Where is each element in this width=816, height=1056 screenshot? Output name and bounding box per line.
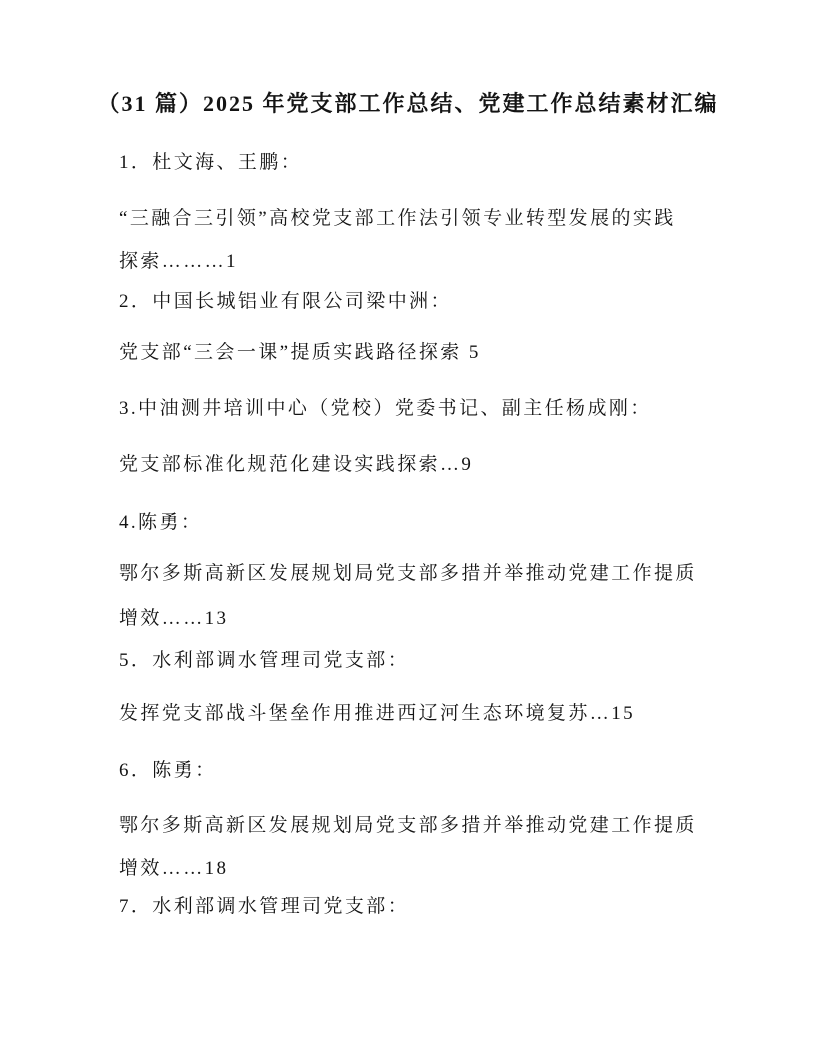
toc-heading-3: 3.中油测井培训中心（党校）党委书记、副主任杨成刚：	[119, 396, 652, 422]
toc-title-3: 党支部标准化规范化建设实践探索…9	[119, 452, 473, 478]
toc-title-5: 发挥党支部战斗堡垒作用推进西辽河生态环境复苏…15	[119, 701, 635, 727]
toc-title-6-line-2: 增效……18	[119, 856, 228, 882]
document-page: （31 篇）2025 年党支部工作总结、党建工作总结素材汇编 1．杜文海、王鹏：…	[0, 0, 816, 1056]
toc-title-4-line-2: 增效……13	[119, 606, 228, 632]
toc-title-4-line-1: 鄂尔多斯高新区发展规划局党支部多措并举推动党建工作提质	[119, 561, 697, 587]
toc-heading-4: 4.陈勇：	[119, 510, 202, 536]
toc-heading-1: 1．杜文海、王鹏：	[119, 150, 302, 176]
toc-title-6-line-1: 鄂尔多斯高新区发展规划局党支部多措并举推动党建工作提质	[119, 813, 697, 839]
toc-title-2: 党支部“三会一课”提质实践路径探索 5	[119, 340, 481, 366]
toc-title-1-line-2: 探索………1	[119, 249, 238, 275]
toc-heading-5: 5．水利部调水管理司党支部：	[119, 648, 409, 674]
toc-title-1-line-1: “三融合三引领”高校党支部工作法引领专业转型发展的实践	[119, 206, 676, 232]
toc-heading-7: 7．水利部调水管理司党支部：	[119, 894, 409, 920]
toc-heading-2: 2．中国长城铝业有限公司梁中洲：	[119, 289, 452, 315]
document-title: （31 篇）2025 年党支部工作总结、党建工作总结素材汇编	[0, 90, 816, 118]
toc-heading-6: 6．陈勇：	[119, 758, 217, 784]
